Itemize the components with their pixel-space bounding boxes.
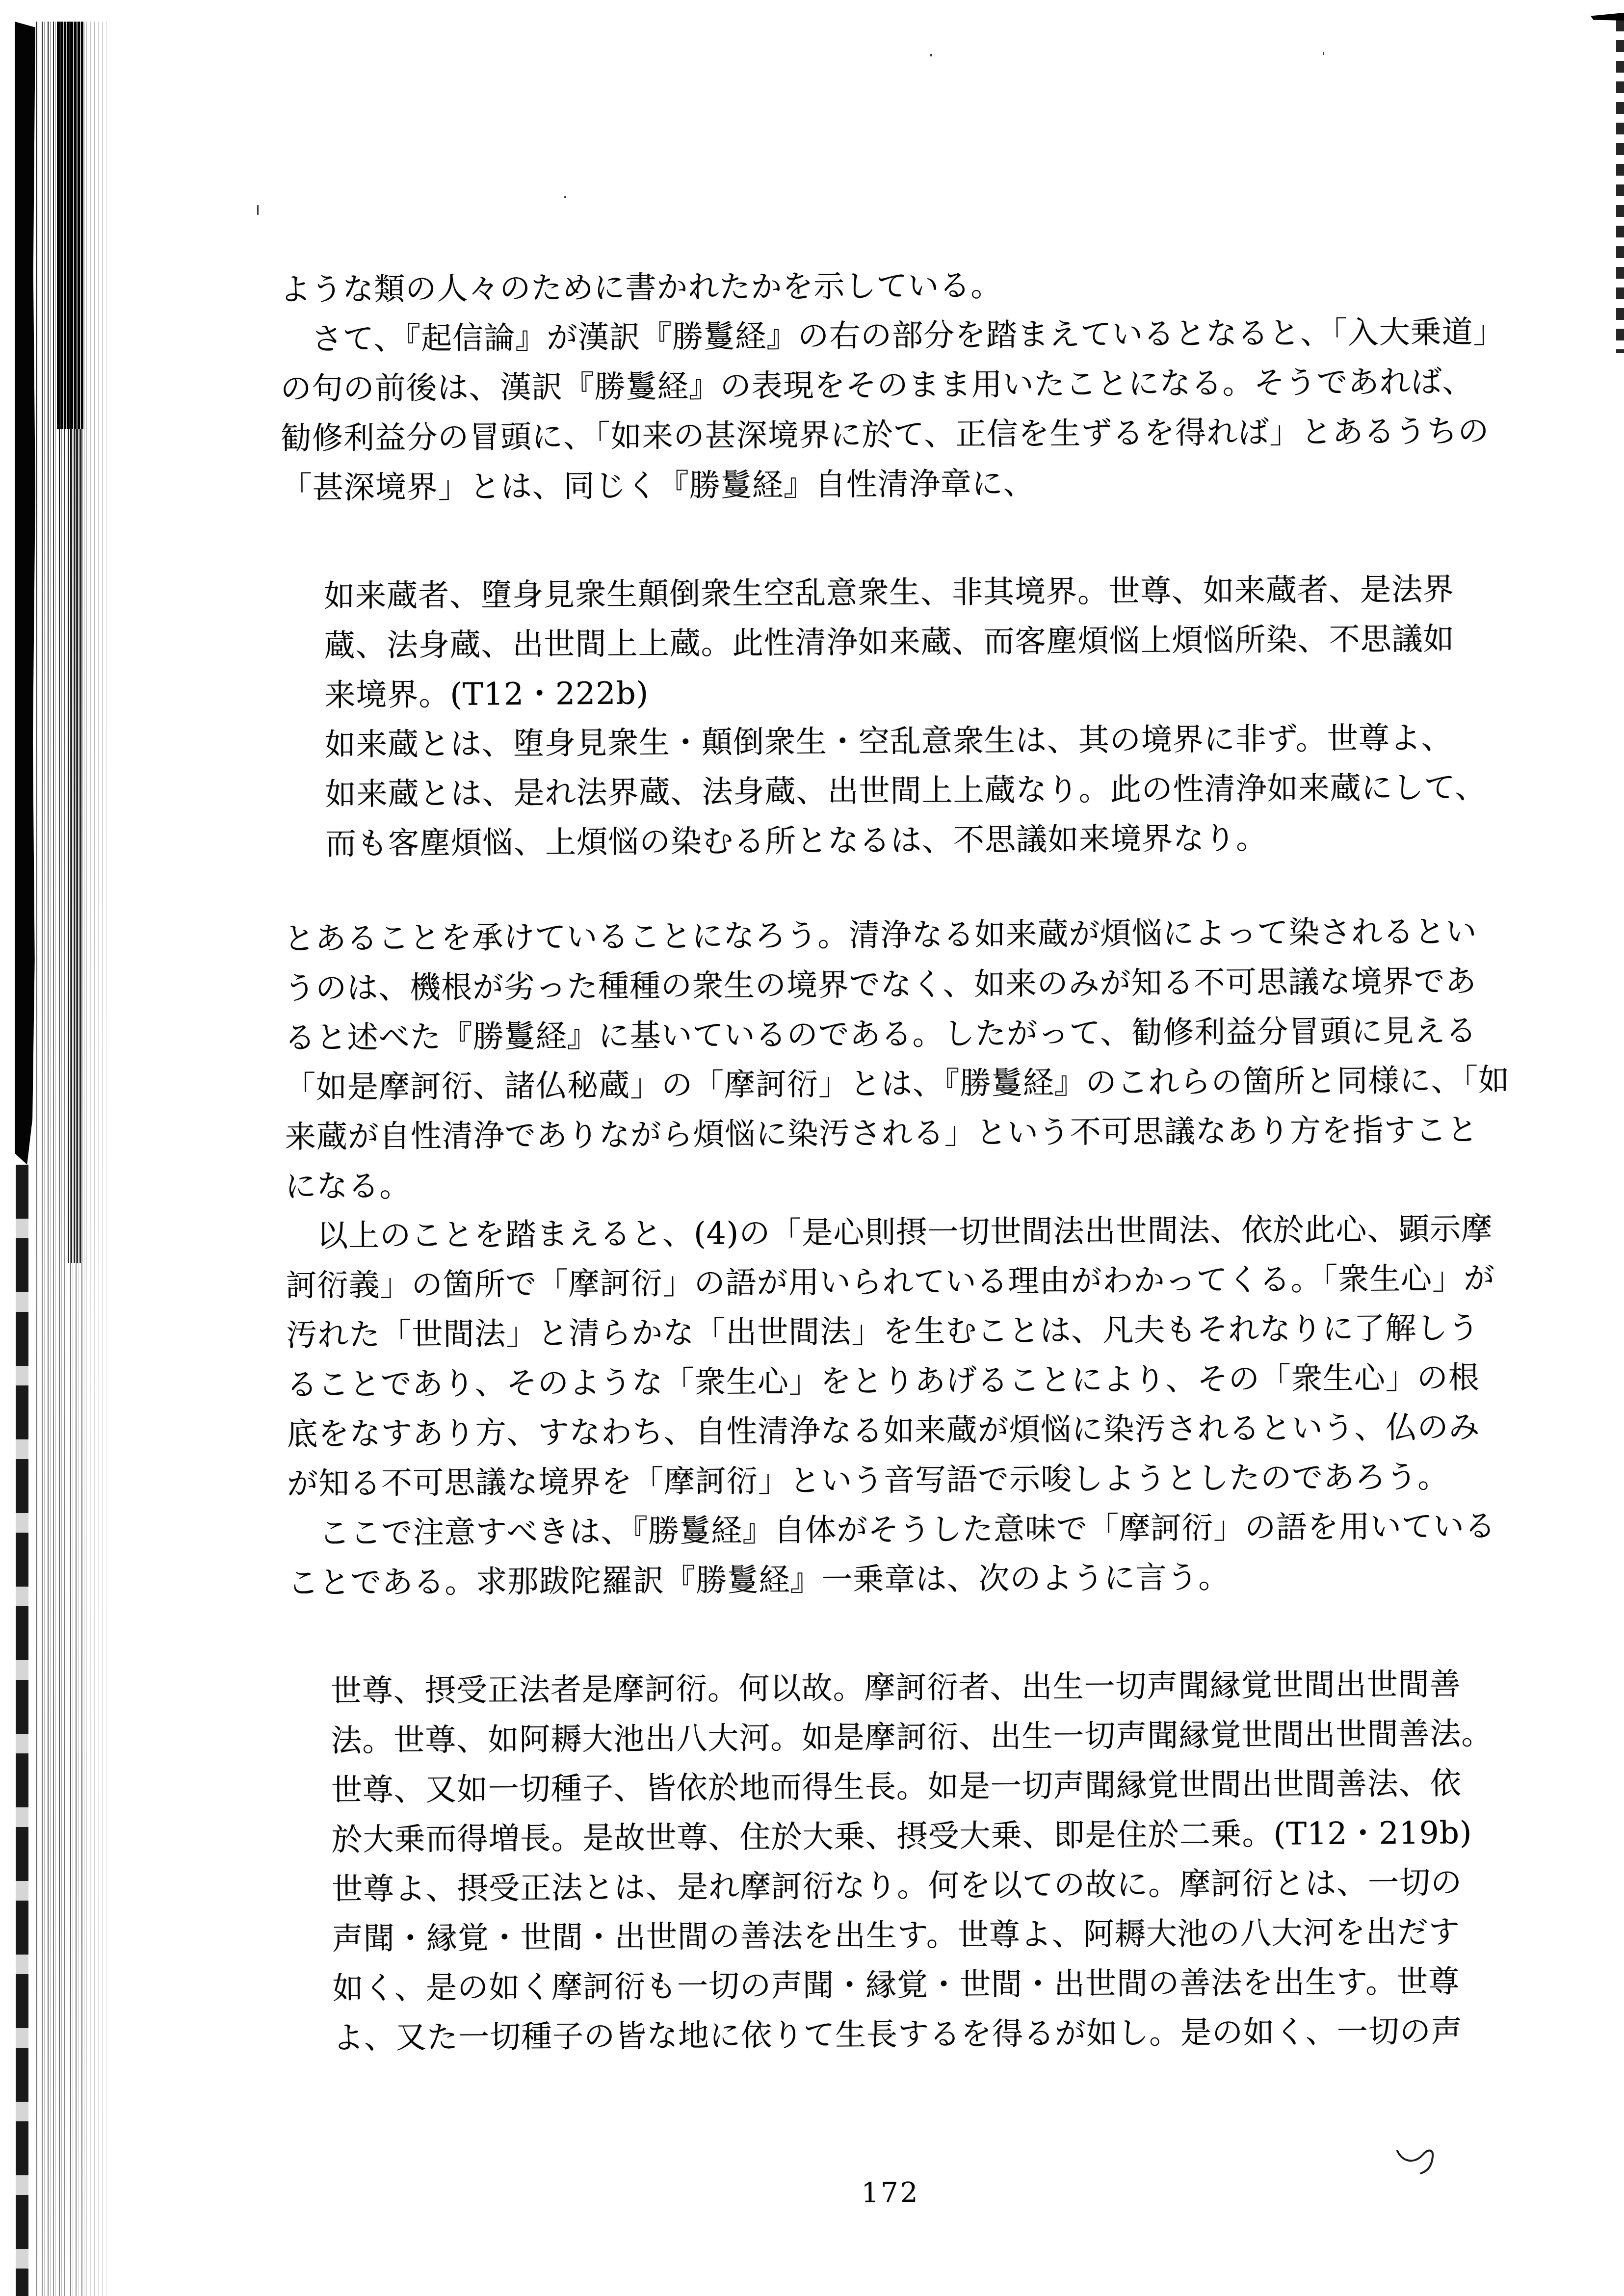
quote-line: 法。世尊、如阿耨大池出八大河。如是摩訶衍、出生一切声聞縁覚世間出世間善法。 xyxy=(331,1709,1487,1765)
binding-solid-bar xyxy=(15,22,35,1165)
body-paragraph-lead-in: ここで注意すべきは、『勝鬘経』自体がそうした意味で「摩訶衍」の語を用いていること… xyxy=(287,1501,1486,1608)
text-line: 訶衍義」の箇所で「摩訶衍」の語が用いられている理由がわかってくる。「衆生心」が xyxy=(286,1253,1484,1310)
text-line: 「如是摩訶衍、諸仏秘蔵」の「摩訶衍」とは、『勝鬘経』のこれらの箇所と同様に、「如 xyxy=(285,1055,1483,1112)
quote-line: 世尊よ、摂受正法とは、是れ摩訶衍なり。何を以ての故に。摩訶衍とは、一切の xyxy=(332,1857,1488,1914)
text-line: ると述べた『勝鬘経』に基いているのである。したがって、勧修利益分冒頭に見える xyxy=(284,1006,1483,1063)
page-content: ような類の人々のために書かれたかを示している。 さて、『起信論』が漢訳『勝鬘経』… xyxy=(280,258,1490,2213)
binding-outer-lines xyxy=(86,22,108,2296)
text-line: ことである。求那跋陀羅訳『勝鬘経』一乗章は、次のように言う。 xyxy=(288,1551,1486,1608)
scan-speck xyxy=(257,205,259,215)
text-line: とあることを承けていることになろう。清浄なる如来蔵が煩悩によって染されるとい xyxy=(284,907,1482,964)
text-line: の句の前後は、漢訳『勝鬘経』の表現をそのまま用いたことになる。そうであれば、 xyxy=(280,357,1479,414)
scan-speck xyxy=(564,196,566,198)
quote-line: 蔵、法身蔵、出世間上上蔵。此性清浄如来蔵、而客塵煩悩上煩悩所染、不思議如 xyxy=(324,614,1480,670)
text-line: うのは、機根が劣った種種の衆生の境界でなく、如来のみが知る不可思議な境界であ xyxy=(284,956,1483,1013)
quote-line: 而も客塵煩悩、上煩悩の染むる所となるは、不思議如来境界なり。 xyxy=(325,812,1482,868)
quote-line: 声聞・縁覚・世間・出世間の善法を出生す。世尊よ、阿耨大池の八大河を出だす xyxy=(332,1907,1489,1963)
text-line: ることであり、そのような「衆生心」をとりあげることにより、その「衆生心」の根 xyxy=(287,1353,1485,1409)
text-line: ような類の人々のために書かれたかを示している。 xyxy=(280,258,1478,314)
body-paragraph-analysis: とあることを承けていることになろう。清浄なる如来蔵が煩悩によって染されるというの… xyxy=(284,907,1484,1211)
pen-squiggle-icon xyxy=(1394,2145,1448,2176)
quote-line: 如来蔵とは、堕身見衆生・顛倒衆生・空乱意衆生は、其の境界に非ず。世尊よ、 xyxy=(325,713,1481,769)
quote-line: 世尊、又如一切種子、皆依於地而得生長。如是一切声聞縁覚世間出世間善法、依 xyxy=(331,1758,1488,1815)
text-line: 汚れた「世間法」と清らかな「出世間法」を生むことは、凡夫もそれなりに了解しう xyxy=(286,1303,1485,1360)
text-line: 来蔵が自性清浄でありながら煩悩に染汚される」という不可思議なあり方を指すこと xyxy=(285,1105,1484,1162)
quote-line: 於大乗而得増長。是故世尊、住於大乗、摂受大乗、即是住於二乗。(T12・219b) xyxy=(331,1808,1488,1864)
scan-right-edge-dashes xyxy=(1616,20,1624,353)
quote-block-t12-219b: 世尊、摂受正法者是摩訶衍。何以故。摩訶衍者、出生一切声聞縁覚世間出世間善法。世尊… xyxy=(288,1659,1489,2063)
binding-dashed-bar xyxy=(16,1165,28,2296)
quote-line: 世尊、摂受正法者是摩訶衍。何以故。摩訶衍者、出生一切声聞縁覚世間出世間善 xyxy=(330,1659,1487,1716)
scanned-page: ような類の人々のために書かれたかを示している。 さて、『起信論』が漢訳『勝鬘経』… xyxy=(0,0,1624,2296)
binding-mid-band xyxy=(68,429,81,1263)
body-paragraph-intro: ような類の人々のために書かれたかを示している。 さて、『起信論』が漢訳『勝鬘経』… xyxy=(280,258,1479,513)
text-line: 勧修利益分の冒頭に、「如来の甚深境界に於て、正信を生ずるを得れば」とあるうちの xyxy=(281,406,1479,463)
quote-line: 如来蔵とは、是れ法界蔵、法身蔵、出世間上上蔵なり。此の性清浄如来蔵にして、 xyxy=(325,762,1481,819)
quote-line: 如く、是の如く摩訶衍も一切の声聞・縁覚・世間・出世間の善法を出生す。世尊 xyxy=(332,1957,1489,2013)
text-line: さて、『起信論』が漢訳『勝鬘経』の右の部分を踏まえているとなると、「入大乗道」 xyxy=(280,307,1479,364)
quote-line: 如来蔵者、墮身見衆生顛倒衆生空乱意衆生、非其境界。世尊、如来蔵者、是法界 xyxy=(324,564,1480,621)
text-line: 「甚深境界」とは、同じく『勝鬘経』自性清浄章に、 xyxy=(281,456,1479,513)
quote-block-t12-222b: 如来蔵者、墮身見衆生顛倒衆生空乱意衆生、非其境界。世尊、如来蔵者、是法界蔵、法身… xyxy=(282,564,1482,869)
binding-dense-top xyxy=(57,22,83,429)
page-number: 172 xyxy=(291,2173,1490,2213)
quote-line: よ、又た一切種子の皆な地に依りて生長するを得るが如し。是の如く、一切の声 xyxy=(333,2006,1489,2062)
scan-speck xyxy=(930,54,932,56)
text-line: が知る不可思議な境界を「摩訶衍」という音写語で示唆しようとしたのであろう。 xyxy=(287,1452,1486,1509)
text-line: 底をなすあり方、すなわち、自性清浄なる如来蔵が煩悩に染汚されるという、仏のみ xyxy=(287,1402,1485,1459)
scan-speck xyxy=(1323,52,1324,55)
quote-line: 来境界。(T12・222b) xyxy=(324,663,1481,720)
text-line: になる。 xyxy=(285,1154,1484,1211)
text-line: ここで注意すべきは、『勝鬘経』自体がそうした意味で「摩訶衍」の語を用いている xyxy=(287,1501,1486,1558)
body-paragraph-mahayana: 以上のことを踏まえると、(4)の「是心則摂一切世間法出世間法、依於此心、顕示摩訶… xyxy=(286,1204,1486,1509)
text-line: 以上のことを踏まえると、(4)の「是心則摂一切世間法出世間法、依於此心、顕示摩 xyxy=(286,1204,1484,1261)
